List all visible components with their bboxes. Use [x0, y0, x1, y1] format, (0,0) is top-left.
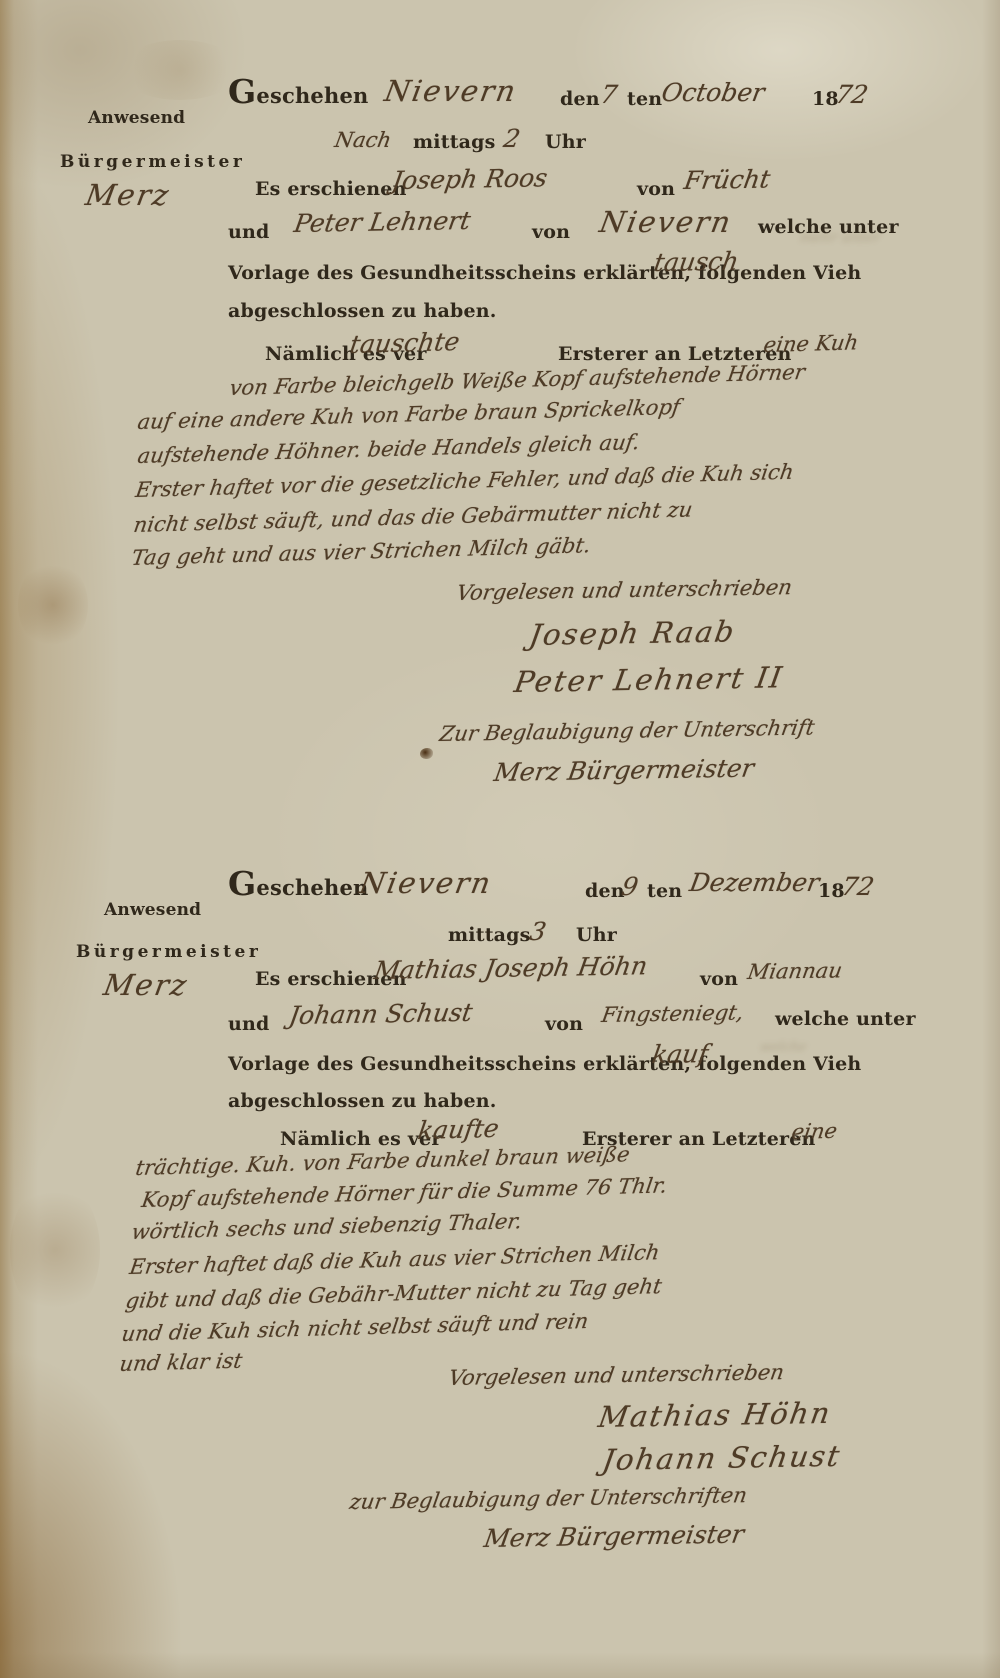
ten-label: ten — [647, 880, 682, 902]
beglaubigung-line: zur Beglaubigung der Unterschriften — [348, 1483, 749, 1514]
object-entry: eine Kuh — [762, 330, 860, 357]
verb-entry: tauschte — [348, 327, 462, 359]
party2-place-entry: Nievern — [597, 205, 735, 239]
day-entry: 9 — [619, 872, 640, 901]
party2-signature: Peter Lehnert II — [512, 660, 786, 699]
declaration-line: nicht selbst säuft, und das die Gebärmut… — [132, 497, 694, 537]
von-label: von — [532, 221, 570, 243]
hour-entry: 2 — [501, 124, 522, 153]
mittags-label: mittags — [448, 924, 531, 946]
declaration-line: und klar ist — [118, 1349, 244, 1376]
hour-entry: 3 — [527, 917, 548, 946]
month-entry: Dezember — [687, 868, 821, 897]
declaration-line: aufstehende Höhner. beide Handels gleich… — [136, 430, 641, 468]
verb-entry: kaufte — [416, 1114, 501, 1145]
declaration-line: von Farbe bleichgelb Weiße Kopf aufstehe… — [228, 360, 807, 400]
party1-signature: Joseph Raab — [527, 614, 738, 652]
geschehen-label: Geschehen — [228, 874, 369, 900]
mittags-label: mittags — [413, 131, 496, 153]
year-entry: 72 — [839, 872, 876, 901]
declaration-line: wörtlich sechs und siebenzig Thaler. — [130, 1209, 524, 1244]
vorgelesen-line: Vorgelesen und unterschrieben — [455, 575, 794, 605]
vorlage-line: Vorlage des Gesundheitsscheins erklärten… — [228, 1053, 861, 1075]
geschehen-label: Geschehen — [228, 82, 369, 108]
von-label: von — [700, 968, 738, 990]
welche-unter-label: welche unter — [758, 216, 899, 238]
margin-anwesend-label: Anwesend — [104, 900, 201, 920]
und-label: und — [228, 221, 270, 243]
declaration-line: und die Kuh sich nicht selbst säuft und … — [120, 1309, 590, 1346]
abgeschlossen-line: abgeschlossen zu haben. — [228, 300, 497, 322]
party2-signature: Johann Schust — [600, 1439, 844, 1477]
object-entry: eine — [790, 1119, 839, 1144]
mayor-attestation-signature: Merz Bürgermeister — [492, 753, 756, 787]
declaration-line: Erster haftet vor die gesetzliche Fehler… — [134, 460, 795, 502]
day-entry: 7 — [598, 80, 619, 109]
declaration-line: Erster haftet daß die Kuh aus vier Stric… — [128, 1240, 661, 1279]
party1-signature: Mathias Höhn — [596, 1396, 834, 1434]
margin-anwesend-label: Anwesend — [88, 108, 185, 128]
declaration-line: gibt und daß die Gebähr-Mutter nicht zu … — [124, 1274, 663, 1313]
party2-place-entry: Fingsteniegt, — [600, 1001, 745, 1027]
ten-label: ten — [627, 88, 662, 110]
deal-type-entry: tausch — [652, 247, 741, 277]
margin-mayor-signature: Merz — [83, 178, 173, 212]
declaration-line: Tag geht und aus vier Strichen Milch gäb… — [130, 533, 592, 570]
margin-buergermeister-label: Bürgermeister — [76, 942, 261, 962]
vorgelesen-line: Vorgelesen und unterschrieben — [447, 1360, 786, 1390]
declaration-line: Kopf aufstehende Hörner für die Summe 76… — [140, 1173, 669, 1212]
mayor-attestation-signature: Merz Bürgermeister — [482, 1519, 746, 1553]
uhr-label: Uhr — [576, 924, 617, 946]
party1-place-entry: Miannau — [746, 958, 844, 984]
vorlage-line: Vorlage des Gesundheitsscheins erklärten… — [228, 262, 861, 284]
den-label: den — [560, 88, 600, 110]
time-prefix-entry: Nach — [333, 128, 393, 152]
deal-type-entry: kauf — [650, 1039, 710, 1069]
party1-entry: Mathias Joseph Höhn — [372, 951, 650, 985]
paper-stain — [120, 40, 240, 100]
margin-mayor-signature: Merz — [101, 968, 191, 1002]
place-entry: Nievern — [357, 866, 495, 900]
paper-stain — [10, 1180, 100, 1320]
abgeschlossen-line: abgeschlossen zu haben. — [228, 1090, 497, 1112]
month-entry: October — [659, 78, 766, 107]
party2-entry: Johann Schust — [287, 998, 475, 1030]
scanned-register-page: mehr unter welche Anwesend Bürgermeister… — [0, 0, 1000, 1678]
von-label: von — [637, 178, 675, 200]
und-label: und — [228, 1013, 270, 1035]
von-label: von — [545, 1013, 583, 1035]
declaration-line: auf eine andere Kuh von Farbe braun Spri… — [136, 395, 682, 434]
margin-buergermeister-label: Bürgermeister — [60, 152, 245, 172]
place-entry: Nievern — [382, 74, 520, 108]
uhr-label: Uhr — [545, 131, 586, 153]
party1-entry: Joseph Roos — [390, 163, 550, 195]
beglaubigung-line: Zur Beglaubigung der Unterschrift — [438, 715, 816, 746]
party2-entry: Peter Lehnert — [292, 206, 473, 238]
paper-stain — [18, 560, 88, 650]
es-erschienen-label: Es erschienen — [255, 178, 407, 200]
year-entry: 72 — [833, 80, 870, 109]
party1-place-entry: Frücht — [682, 165, 772, 195]
ink-blot — [420, 748, 433, 759]
welche-unter-label: welche unter — [775, 1008, 916, 1030]
